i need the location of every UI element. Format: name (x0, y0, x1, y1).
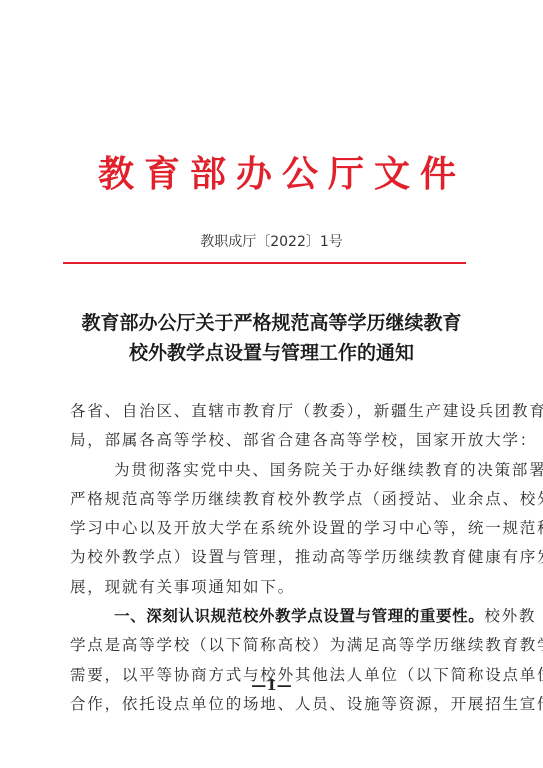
addressee-line: 各省、自治区、直辖市教育厅（教委），新疆生产建设兵团教育 (70, 397, 472, 426)
document-title: 教育部办公厅关于严格规范高等学历继续教育 校外教学点设置与管理工作的通知 (0, 308, 543, 368)
issuer-char: 育 (143, 150, 181, 198)
red-divider-rule (63, 262, 466, 264)
page-number: —1— (0, 675, 543, 695)
section-1-heading: 一、深刻认识规范校外教学点设置与管理的重要性。 (114, 607, 484, 625)
document-page: 教 育 部 办 公 厅 文 件 教职成厅〔2022〕1号 教育部办公厅关于严格规… (0, 0, 543, 768)
document-title-line-2: 校外教学点设置与管理工作的通知 (0, 338, 543, 368)
document-number: 教职成厅〔2022〕1号 (0, 232, 543, 252)
paragraph-line: 严格规范高等学历继续教育校外教学点（函授站、业余点、校外 (70, 485, 472, 514)
issuer-char: 部 (189, 150, 227, 198)
paragraph-line: 学点是高等学校（以下简称高校）为满足高等学历继续教育教学 (70, 631, 472, 660)
section-1-first-line: 一、深刻认识规范校外教学点设置与管理的重要性。校外教 (70, 602, 472, 631)
issuer-char: 文 (373, 150, 411, 198)
section-1-text: 校外教 (484, 607, 536, 625)
issuer-char: 办 (235, 150, 273, 198)
document-body: 各省、自治区、直辖市教育厅（教委），新疆生产建设兵团教育 局，部属各高等学校、部… (70, 397, 472, 719)
issuer-char: 厅 (327, 150, 365, 198)
issuer-char: 教 (97, 150, 135, 198)
paragraph-line: 学习中心以及开放大学在系统外设置的学习中心等，统一规范称 (70, 514, 472, 543)
addressee-line: 局，部属各高等学校、部省合建各高等学校，国家开放大学： (70, 426, 472, 455)
issuer-header: 教 育 部 办 公 厅 文 件 (97, 150, 457, 198)
document-title-line-1: 教育部办公厅关于严格规范高等学历继续教育 (0, 308, 543, 338)
issuer-char: 件 (419, 150, 457, 198)
paragraph-line: 展，现就有关事项通知如下。 (70, 573, 472, 602)
paragraph-line: 为校外教学点）设置与管理，推动高等学历继续教育健康有序发 (70, 543, 472, 572)
issuer-char: 公 (281, 150, 319, 198)
paragraph-line: 为贯彻落实党中央、国务院关于办好继续教育的决策部署， (70, 456, 472, 485)
